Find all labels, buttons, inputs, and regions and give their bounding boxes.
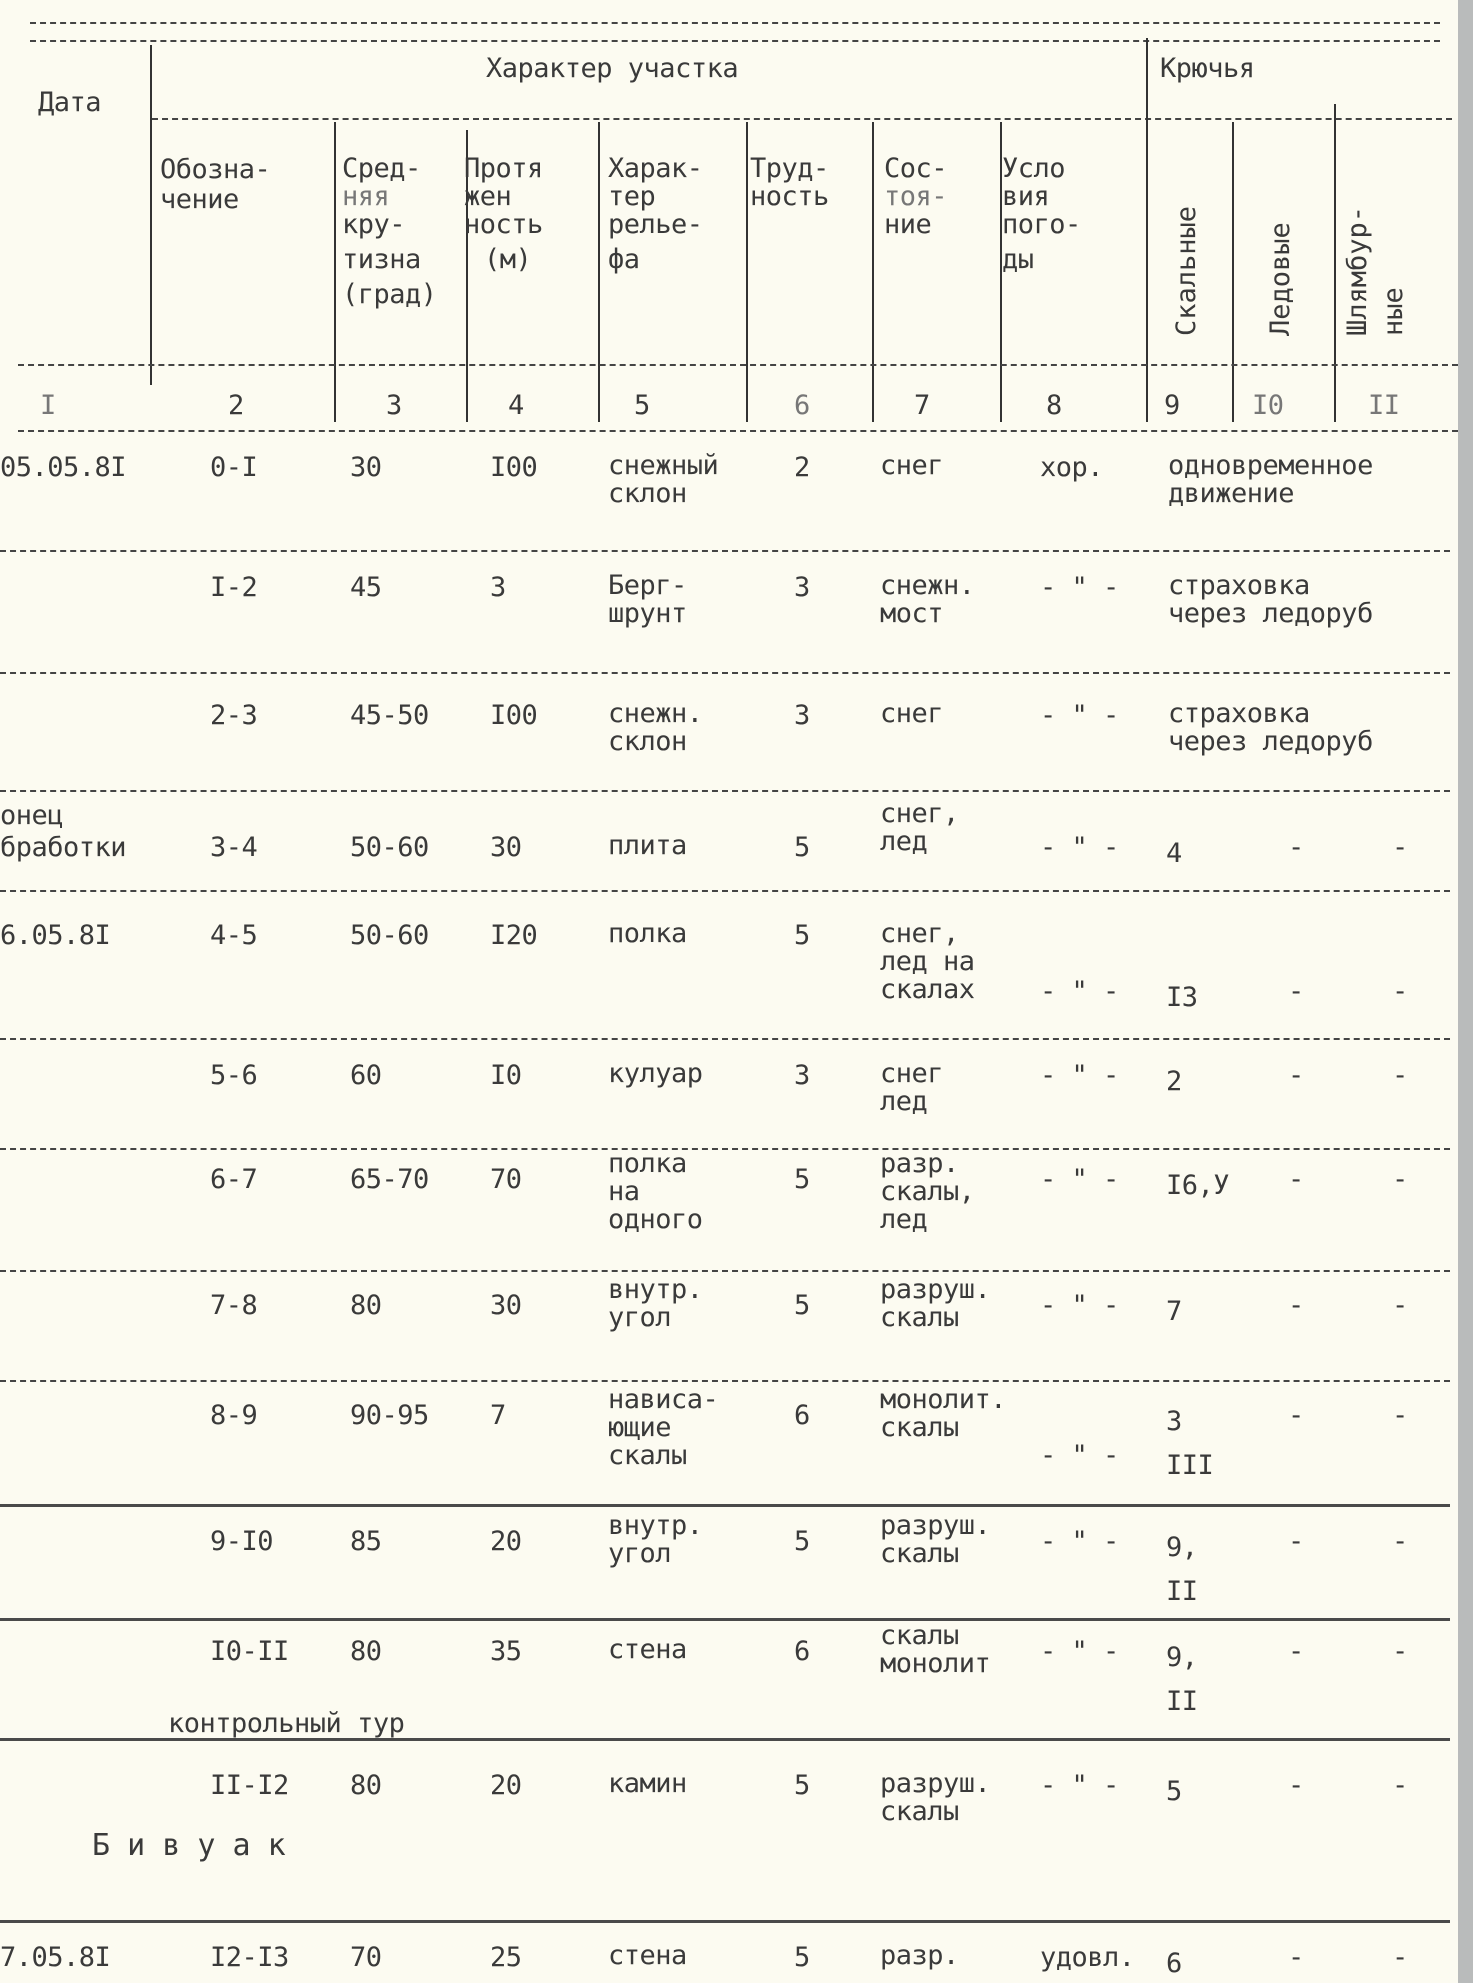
row-segment: 2-3 [210, 700, 257, 732]
row-date: онец бработки [0, 800, 126, 864]
row-length: 30 [490, 1290, 522, 1322]
row-steepness: 80 [350, 1290, 382, 1322]
row-divider [0, 550, 1450, 552]
col-header-11: Шлямбур-ные [1340, 206, 1412, 336]
row-difficulty: 5 [794, 1942, 810, 1974]
row-bolt-hooks: - [1392, 976, 1408, 1008]
header-bottom-rule [18, 364, 1458, 366]
row-divider [0, 1920, 1450, 1923]
row-steepness: 65-70 [350, 1164, 429, 1196]
row-length: 3 [490, 572, 506, 604]
col-num-11: II [1368, 390, 1400, 422]
row-difficulty: 5 [794, 1290, 810, 1322]
row-note: одновременное движение [1168, 452, 1373, 508]
col-num-4: 4 [508, 390, 524, 422]
row-weather: - " - [1040, 1526, 1119, 1558]
row-condition: скалы монолит [880, 1622, 990, 1678]
row-steepness: 90-95 [350, 1400, 429, 1432]
col-divider-4 [598, 122, 600, 422]
col-num-10: I0 [1252, 390, 1284, 422]
row-condition: снежн. мост [880, 572, 975, 628]
row-divider [0, 1380, 1450, 1382]
row-relief: стена [608, 1636, 687, 1664]
row-weather: - " - [1040, 976, 1119, 1008]
row-length: I00 [490, 700, 537, 732]
row-rock-hooks: 5 [1166, 1770, 1182, 1814]
col-header-7: Сос-тоя-ние [884, 155, 947, 239]
col-divider-9 [1232, 122, 1234, 422]
row-divider [0, 1738, 1450, 1741]
col-divider-5 [746, 122, 748, 422]
row-weather: удовл. [1040, 1942, 1135, 1974]
row-segment: I-2 [210, 572, 257, 604]
row-weather: - " - [1040, 1060, 1119, 1092]
row-segment: 8-9 [210, 1400, 257, 1432]
row-weather: - " - [1040, 572, 1119, 604]
row-condition: монолит. скалы [880, 1386, 1006, 1442]
row-relief: полка на одного [608, 1150, 703, 1234]
col-divider-1 [150, 45, 152, 385]
row-divider [0, 672, 1450, 674]
row-difficulty: 5 [794, 1164, 810, 1196]
row-steepness: 70 [350, 1942, 382, 1974]
row-steepness: 60 [350, 1060, 382, 1092]
row-steepness: 50-60 [350, 832, 429, 864]
col-header-8: Условияпого-ды [1002, 155, 1081, 281]
row-bolt-hooks: - [1392, 1290, 1408, 1322]
row-ice-hooks: - [1288, 1290, 1304, 1322]
col-num-7: 7 [914, 390, 930, 422]
row-condition: снег, лед на скалах [880, 920, 975, 1004]
row-divider [0, 1504, 1450, 1507]
row-weather: хор. [1040, 452, 1103, 484]
col-header-10: Ледовые [1266, 222, 1296, 336]
row-condition: снег, лед [880, 800, 959, 856]
row-difficulty: 3 [794, 700, 810, 732]
row-steepness: 85 [350, 1526, 382, 1558]
row-length: 35 [490, 1636, 522, 1668]
row-condition: разр. скалы, лед [880, 1150, 975, 1234]
col-num-2: 2 [228, 390, 244, 422]
row-segment: 3-4 [210, 832, 257, 864]
row-weather: - " - [1040, 700, 1119, 732]
row-bolt-hooks: - [1392, 1400, 1408, 1432]
row-length: 30 [490, 832, 522, 864]
row-divider [0, 890, 1450, 892]
row-rock-hooks: I3 [1166, 976, 1198, 1020]
number-row-rule [18, 430, 1458, 432]
row-bolt-hooks: - [1392, 1636, 1408, 1668]
row-date: 6.05.8I [0, 920, 110, 952]
row-note: страховка через ледоруб [1168, 700, 1373, 756]
row-ice-hooks: - [1288, 1400, 1304, 1432]
row-steepness: 80 [350, 1636, 382, 1668]
row-date: 05.05.8I [0, 452, 126, 484]
col-header-4: Протяженность(м) [464, 155, 543, 281]
row-ice-hooks: - [1288, 832, 1304, 864]
row-difficulty: 3 [794, 1060, 810, 1092]
row-steepness: 30 [350, 452, 382, 484]
row-relief: плита [608, 832, 687, 860]
row-relief: внутр. угол [608, 1512, 703, 1568]
row-segment: I0-II [210, 1636, 289, 1668]
row-difficulty: 5 [794, 832, 810, 864]
row-weather: - " - [1040, 832, 1119, 864]
row-length: I0 [490, 1060, 522, 1092]
col-num-3: 3 [386, 390, 402, 422]
row-condition: снег [880, 700, 943, 728]
row-relief: стена [608, 1942, 687, 1970]
row-segment: 9-I0 [210, 1526, 273, 1558]
col-num-6: 6 [794, 390, 810, 422]
row-rock-hooks: I6,У [1166, 1164, 1229, 1208]
row-bolt-hooks: - [1392, 1942, 1408, 1974]
row-difficulty: 3 [794, 572, 810, 604]
col-divider-10 [1334, 104, 1336, 422]
row-segment: 6-7 [210, 1164, 257, 1196]
row-segment: II-I2 [210, 1770, 289, 1802]
row-post-note: Б и в у а к [92, 1830, 285, 1862]
row-segment: 7-8 [210, 1290, 257, 1322]
col-num-8: 8 [1046, 390, 1062, 422]
col-header-9: Скальные [1172, 206, 1202, 336]
header-section-group: Характер участка [486, 54, 738, 84]
row-difficulty: 5 [794, 920, 810, 952]
row-segment: 4-5 [210, 920, 257, 952]
row-steepness: 45 [350, 572, 382, 604]
document-page: Дата Характер участка Крючья Обозна-чени… [0, 0, 1458, 1983]
row-difficulty: 2 [794, 452, 810, 484]
row-segment: 5-6 [210, 1060, 257, 1092]
row-relief: Берг- шрунт [608, 572, 687, 628]
row-steepness: 80 [350, 1770, 382, 1802]
header-hooks-group: Крючья [1160, 54, 1255, 84]
col-num-5: 5 [634, 390, 650, 422]
row-relief: снежный склон [608, 452, 718, 508]
row-length: I20 [490, 920, 537, 952]
row-weather: - " - [1040, 1636, 1119, 1668]
row-rock-hooks: 3 III [1166, 1400, 1213, 1488]
row-relief: внутр. угол [608, 1276, 703, 1332]
row-weather: - " - [1040, 1440, 1119, 1472]
row-divider [0, 1618, 1450, 1621]
col-header-3: Сред-няякру-тизна(град) [342, 155, 437, 309]
row-rock-hooks: 4 [1166, 832, 1182, 876]
row-weather: - " - [1040, 1770, 1119, 1802]
row-weather: - " - [1040, 1290, 1119, 1322]
row-rock-hooks: 2 [1166, 1060, 1182, 1104]
row-bolt-hooks: - [1392, 1526, 1408, 1558]
row-ice-hooks: - [1288, 1636, 1304, 1668]
row-length: I00 [490, 452, 537, 484]
row-weather: - " - [1040, 1164, 1119, 1196]
row-divider [0, 1038, 1450, 1040]
row-difficulty: 6 [794, 1636, 810, 1668]
row-relief: камин [608, 1770, 687, 1798]
row-relief: кулуар [608, 1060, 703, 1088]
header-sub-rule [152, 118, 1452, 120]
row-length: 20 [490, 1526, 522, 1558]
row-steepness: 45-50 [350, 700, 429, 732]
col-divider-2 [334, 122, 336, 422]
row-rock-hooks: 9, II [1166, 1526, 1198, 1614]
row-pre-note: контрольный тур [168, 1708, 404, 1740]
row-condition: снег лед [880, 1060, 943, 1116]
row-segment: 0-I [210, 452, 257, 484]
row-condition: разр. [880, 1942, 959, 1970]
row-difficulty: 5 [794, 1770, 810, 1802]
row-ice-hooks: - [1288, 1164, 1304, 1196]
row-rock-hooks: 9, II [1166, 1636, 1198, 1724]
col-divider-6 [872, 122, 874, 422]
row-bolt-hooks: - [1392, 1060, 1408, 1092]
row-divider [0, 1148, 1450, 1150]
row-steepness: 50-60 [350, 920, 429, 952]
row-note: страховка через ледоруб [1168, 572, 1373, 628]
row-segment: I2-I3 [210, 1942, 289, 1974]
row-divider [0, 1270, 1450, 1272]
row-bolt-hooks: - [1392, 832, 1408, 864]
row-length: 25 [490, 1942, 522, 1974]
row-length: 7 [490, 1400, 506, 1432]
row-ice-hooks: - [1288, 976, 1304, 1008]
row-length: 70 [490, 1164, 522, 1196]
row-condition: разруш. скалы [880, 1512, 990, 1568]
row-condition: разруш. скалы [880, 1770, 990, 1826]
row-relief: полка [608, 920, 687, 948]
row-bolt-hooks: - [1392, 1770, 1408, 1802]
row-rock-hooks: 7 [1166, 1290, 1182, 1334]
row-relief: снежн. склон [608, 700, 703, 756]
col-num-1: I [40, 390, 56, 422]
row-rock-hooks: 6 [1166, 1942, 1182, 1983]
row-ice-hooks: - [1288, 1060, 1304, 1092]
top-rule-1 [30, 22, 1440, 24]
row-ice-hooks: - [1288, 1526, 1304, 1558]
row-bolt-hooks: - [1392, 1164, 1408, 1196]
header-date: Дата [38, 88, 101, 118]
row-condition: разруш. скалы [880, 1276, 990, 1332]
row-date: 7.05.8I [0, 1942, 110, 1974]
top-rule-2 [30, 40, 1440, 42]
row-ice-hooks: - [1288, 1770, 1304, 1802]
col-header-6: Труд-ность [750, 155, 829, 211]
row-difficulty: 5 [794, 1526, 810, 1558]
row-divider [0, 790, 1450, 792]
row-difficulty: 6 [794, 1400, 810, 1432]
row-ice-hooks: - [1288, 1942, 1304, 1974]
row-condition: снег [880, 452, 943, 480]
col-header-5: Харак-террелье-фа [608, 155, 703, 281]
col-header-2: Обозна-чение [160, 155, 270, 215]
row-length: 20 [490, 1770, 522, 1802]
col-num-9: 9 [1164, 390, 1180, 422]
row-relief: нависа- ющие скалы [608, 1386, 718, 1470]
